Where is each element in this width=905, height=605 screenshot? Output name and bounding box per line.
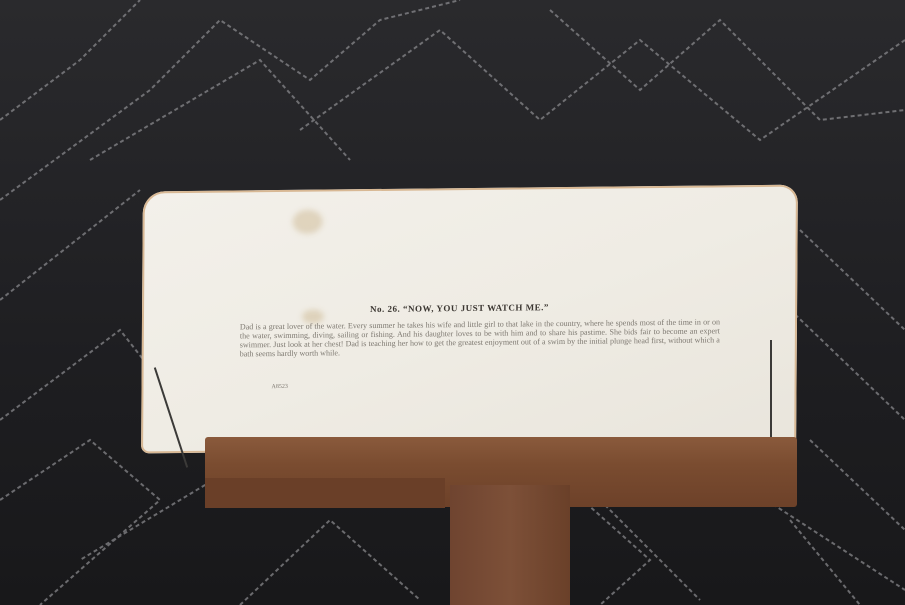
wooden-holder-front	[205, 478, 445, 508]
card-title: No. 26. “NOW, YOU JUST WATCH ME.”	[370, 302, 549, 314]
wooden-handle	[450, 485, 570, 605]
card-caption: Dad is a great lover of the water. Every…	[240, 317, 720, 358]
card-stain	[293, 210, 323, 234]
card-code: A8523	[271, 384, 287, 390]
stereoview-card: No. 26. “NOW, YOU JUST WATCH ME.” Dad is…	[141, 185, 798, 454]
right-wire-holder	[770, 340, 772, 440]
